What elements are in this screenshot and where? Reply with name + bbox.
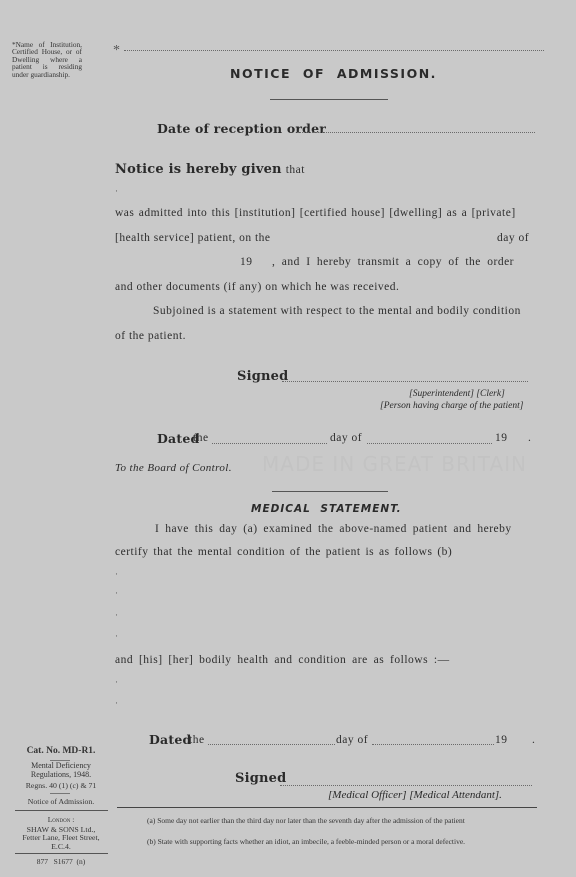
catalogue-number: Cat. No. MD-R1. bbox=[6, 746, 116, 756]
medical-line-1: I have this day (a) examined the above-n… bbox=[155, 523, 512, 535]
medical-signature-field[interactable] bbox=[280, 785, 532, 786]
sidebar-rule bbox=[15, 810, 108, 811]
medical-dated-day-field[interactable] bbox=[208, 744, 335, 745]
footnote-b-mark: (b) bbox=[147, 837, 156, 846]
date-of-reception-label: Date of reception order bbox=[157, 121, 326, 136]
admission-month-field[interactable] bbox=[115, 269, 235, 270]
admission-line-5: Subjoined is a statement with respect to… bbox=[153, 305, 521, 317]
bodily-condition-field[interactable] bbox=[115, 672, 535, 722]
patient-name-field[interactable] bbox=[115, 193, 535, 194]
regulation-numbers: Regns. 40 (1) (c) & 71 bbox=[6, 781, 116, 790]
regulations: Mental Deficiency Regulations, 1948. bbox=[6, 762, 116, 779]
publisher-address: Fetter Lane, Fleet Street, E.C.4. bbox=[6, 834, 116, 851]
admission-year-prefix: 19 bbox=[240, 256, 253, 268]
footer-rule bbox=[117, 807, 537, 808]
admission-day-of: day of bbox=[497, 232, 529, 244]
admission-line-4: and other documents (if any) on which he… bbox=[115, 281, 399, 293]
notice-signatory-roles-1: [Superintendent] [Clerk] bbox=[409, 389, 505, 399]
footnote-a-mark: (a) bbox=[147, 816, 155, 825]
notice-dated-year: 19 bbox=[495, 432, 508, 444]
medical-dated-end: . bbox=[532, 734, 535, 746]
admission-day-field[interactable] bbox=[290, 244, 490, 245]
sidebar-rule bbox=[50, 793, 70, 794]
notice-given-label: Notice is hereby given bbox=[115, 162, 282, 177]
mental-condition-field[interactable] bbox=[115, 565, 535, 645]
medical-signatory-roles: [Medical Officer] [Medical Attendant]. bbox=[328, 789, 502, 801]
sidebar-rule bbox=[15, 853, 108, 854]
footnote-a-text: Some day not earlier than the third day … bbox=[157, 816, 465, 825]
medical-line-2: certify that the mental condition of the… bbox=[115, 546, 452, 558]
title-rule bbox=[270, 99, 388, 100]
medical-dated-year: 19 bbox=[495, 734, 508, 746]
notice-signatory-roles-2: [Person having charge of the patient] bbox=[380, 401, 523, 411]
print-code: 877 S1677 (n) bbox=[6, 857, 116, 866]
footnote-b-text: State with supporting facts whether an i… bbox=[158, 837, 465, 846]
institution-side-note: *Name of Institution, Certified House, o… bbox=[12, 41, 82, 78]
date-of-reception-field[interactable] bbox=[297, 132, 535, 133]
notice-signature-field[interactable] bbox=[282, 381, 528, 382]
notice-dated-month-field[interactable] bbox=[367, 443, 492, 444]
asterisk-mark: * bbox=[113, 43, 120, 59]
form-name: Notice of Admission. bbox=[6, 797, 116, 806]
addressee: To the Board of Control. bbox=[115, 462, 232, 474]
notice-given-line: Notice is hereby given that bbox=[115, 160, 305, 178]
medical-dated-label: Dated bbox=[149, 732, 191, 747]
medical-dated-the: the bbox=[189, 734, 205, 746]
paper-watermark: MADE IN GREAT BRITAIN bbox=[262, 452, 527, 476]
page-title: NOTICE OF ADMISSION. bbox=[230, 66, 437, 81]
admission-year-field[interactable] bbox=[256, 269, 268, 270]
medical-dated-day-of: day of bbox=[336, 734, 368, 746]
field-dot: · bbox=[115, 186, 118, 196]
notice-signed-label: Signed bbox=[237, 369, 288, 384]
footnote-a: (a) Some day not earlier than the third … bbox=[147, 817, 532, 825]
medical-statement-title: MEDICAL STATEMENT. bbox=[251, 503, 402, 515]
institution-name-field[interactable] bbox=[124, 50, 544, 51]
medical-signed-label: Signed bbox=[235, 771, 286, 786]
admission-line-6: of the patient. bbox=[115, 330, 186, 342]
notice-dated-end: . bbox=[528, 432, 531, 444]
bodily-health-line: and [his] [her] bodily health and condit… bbox=[115, 654, 450, 666]
section-divider bbox=[272, 491, 388, 492]
admission-line-3: , and I hereby transmit a copy of the or… bbox=[272, 256, 514, 268]
admission-line-2: [health service] patient, on the bbox=[115, 232, 271, 244]
footnote-b: (b) State with supporting facts whether … bbox=[147, 838, 532, 846]
medical-dated-month-field[interactable] bbox=[372, 744, 494, 745]
publisher-city: London : bbox=[6, 815, 116, 824]
notice-dated-day-of: day of bbox=[330, 432, 362, 444]
notice-given-suffix: that bbox=[286, 164, 305, 176]
notice-dated-the: the bbox=[193, 432, 209, 444]
notice-dated-day-field[interactable] bbox=[212, 443, 327, 444]
admission-line-1: was admitted into this [institution] [ce… bbox=[115, 207, 516, 219]
